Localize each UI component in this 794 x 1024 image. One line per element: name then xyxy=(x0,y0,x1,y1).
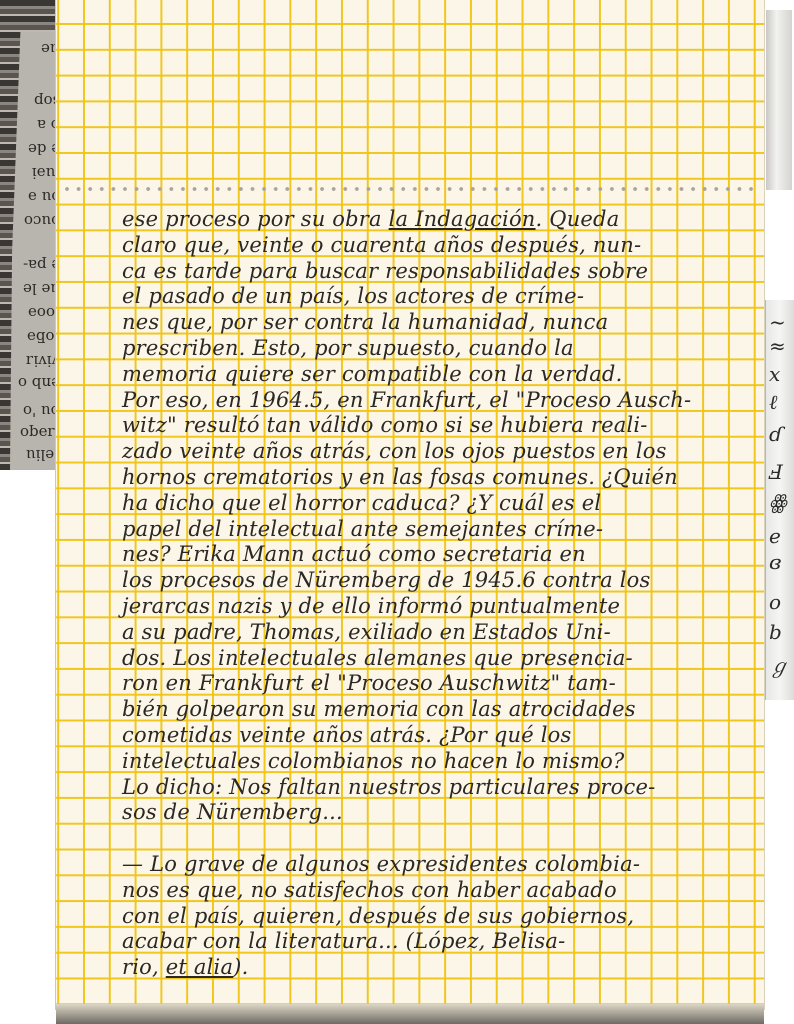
handwritten-line: sos de Nüremberg... xyxy=(122,800,762,826)
perforation-line xyxy=(64,186,760,194)
handwritten-line: nos es que, no satisfechos con haber aca… xyxy=(122,878,762,904)
loose-page-glyph: ℊ xyxy=(769,650,789,679)
loose-page-glyph: ≈ xyxy=(769,334,786,358)
handwritten-line: bién golpearon su memoria con las atroci… xyxy=(122,697,762,723)
clipping-line: e pa- xyxy=(23,256,60,274)
handwritten-line: dos. Los intelectuales alemanes que pres… xyxy=(122,646,762,672)
handwritten-line: acabar con la literatura... (López, Beli… xyxy=(122,929,762,955)
loose-page-glyph: ɗ xyxy=(769,422,783,446)
loose-page-glyph: b xyxy=(769,620,782,644)
loose-page-glyph: Ⅎ xyxy=(769,460,783,484)
clipping-line: ouco xyxy=(24,212,60,230)
handwritten-line-segment: ). xyxy=(233,955,248,979)
clipping-line: ue le xyxy=(23,280,60,298)
loose-page-glyph: e xyxy=(769,524,781,548)
handwritten-line: ese proceso por su obra la Indagación. Q… xyxy=(122,207,762,233)
scanner-background-lower xyxy=(0,470,60,500)
clipping-line: ou 'o xyxy=(23,402,60,420)
loose-page-glyph: ɞ xyxy=(769,550,781,574)
handwritten-line: hornos crematorios y en las fosas comune… xyxy=(122,465,762,491)
underlined-latin: et alia xyxy=(166,955,233,979)
loose-page-top xyxy=(766,10,792,190)
handwritten-line: Lo dicho: Nos faltan nuestros particular… xyxy=(122,775,762,801)
handwritten-line: witz" resultó tan válido como si se hubi… xyxy=(122,413,762,439)
handwritten-line: los procesos de Nüremberg de 1945.6 cont… xyxy=(122,568,762,594)
handwritten-line: claro que, veinte o cuarenta años despué… xyxy=(122,233,762,259)
handwritten-line: rio, et alia). xyxy=(122,955,762,981)
handwritten-line: nes? Erika Mann actuó como secretaria en xyxy=(122,542,762,568)
handwritten-line: cometidas veinte años atrás. ¿Por qué lo… xyxy=(122,723,762,749)
notebook-page-stack-edge xyxy=(56,1004,764,1024)
handwritten-line: papel del intelectual ante semejantes cr… xyxy=(122,517,762,543)
handwritten-line: Por eso, en 1964.5, en Frankfurt, el "Pr… xyxy=(122,388,762,414)
handwritten-line: zado veinte años atrás, con los ojos pue… xyxy=(122,439,762,465)
handwritten-line: — Lo grave de algunos expresidentes colo… xyxy=(122,852,762,878)
clipping-line: viviɹ xyxy=(26,352,60,370)
handwritten-line: ron en Frankfurt el "Proceso Auschwitz" … xyxy=(122,671,762,697)
handwritten-line: intelectuales colombianos no hacen lo mi… xyxy=(122,749,762,775)
clipping-line: (eliu xyxy=(26,446,60,464)
clipping-line: -ɹəqo xyxy=(20,424,60,442)
loose-page-glyph: x xyxy=(769,362,780,386)
handwritten-line: ha dicho que el horror caduca? ¿Y cuál e… xyxy=(122,491,762,517)
handwritten-line-segment: rio, xyxy=(122,955,166,979)
loose-page-right: ~ ≈ x ℓ ɗ Ⅎ ꙮ e ɞ o b ℊ xyxy=(765,300,794,700)
loose-page-glyph: o xyxy=(769,590,781,614)
handwritten-line: jerarcas nazis y de ello informó puntual… xyxy=(122,594,762,620)
underlined-title: la Indagación xyxy=(389,207,536,231)
handwritten-line-segment: ese proceso por su obra xyxy=(122,207,389,231)
loose-page-glyph: ꙮ xyxy=(769,490,787,514)
handwritten-line: nes que, por ser contra la humanidad, nu… xyxy=(122,310,762,336)
loose-page-glyph: ℓ xyxy=(769,390,777,415)
loose-page-glyph: ~ xyxy=(769,310,786,334)
handwritten-line: prescriben. Esto, por supuesto, cuando l… xyxy=(122,336,762,362)
handwritten-line: memoria quiere ser compatible con la ver… xyxy=(122,362,762,388)
handwritten-line: a su padre, Thomas, exiliado en Estados … xyxy=(122,620,762,646)
handwritten-line: con el país, quieren, después de sus gob… xyxy=(122,904,762,930)
handwritten-line: el pasado de un país, los actores de crí… xyxy=(122,284,762,310)
handwritten-line: ca es tarde para buscar responsabilidade… xyxy=(122,259,762,285)
clipping-line: enb o xyxy=(18,374,60,392)
handwritten-line-segment: . Queda xyxy=(536,207,620,231)
handwritten-text: ese proceso por su obra la Indagación. Q… xyxy=(122,207,762,981)
paragraph-gap xyxy=(122,826,762,852)
